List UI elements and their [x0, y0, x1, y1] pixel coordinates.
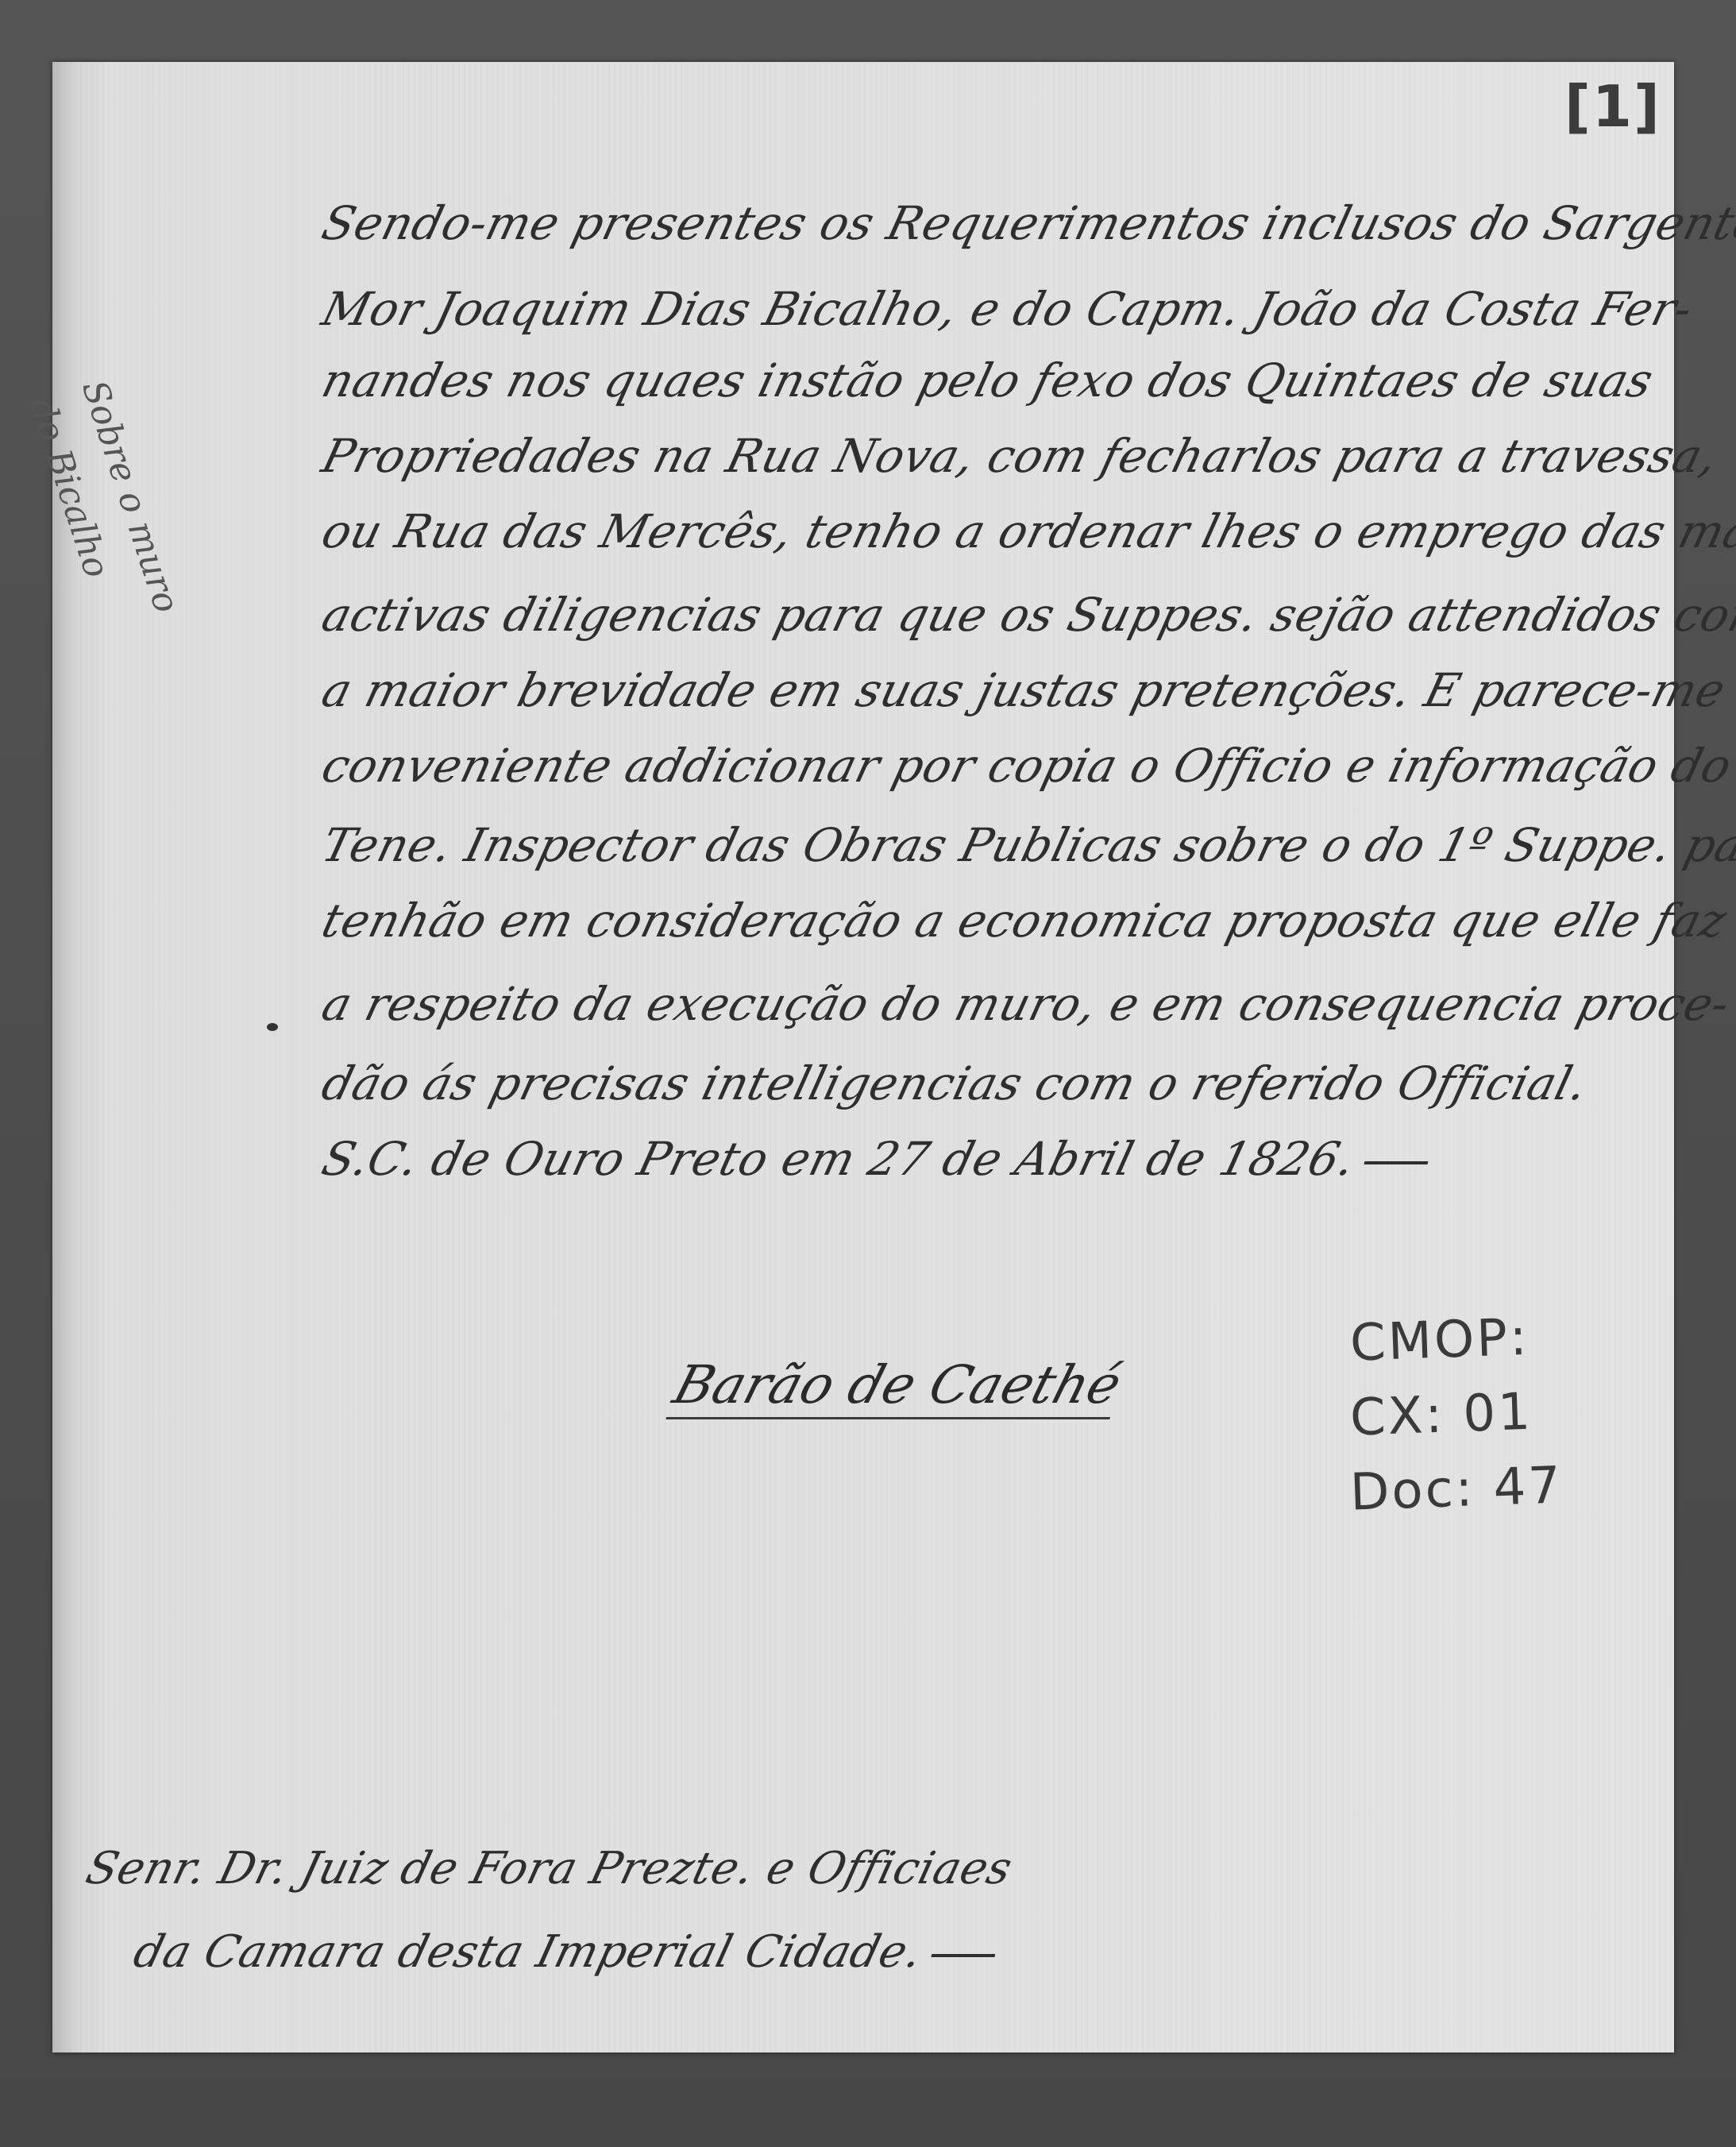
addressee-line-2: da Camara desta Imperial Cidade. [129, 1926, 1002, 1978]
archive-fund: CMOP: [1348, 1299, 1564, 1380]
body-line-7: a maior brevidade em suas justas pretenç… [318, 667, 1730, 713]
body-line-8: conveniente addicionar por copia o Offic… [318, 743, 1736, 789]
body-line-6: activas diligencias para que os Suppes. … [318, 592, 1736, 638]
archive-box: CX: 01 [1348, 1373, 1564, 1455]
date-line: S.C. de Ouro Preto em 27 de Abril de 182… [318, 1136, 1434, 1182]
archive-doc: Doc: 47 [1348, 1448, 1564, 1530]
addressee-line-1: Senr. Dr. Juiz de Fora Prezte. e Officia… [81, 1843, 1017, 1894]
folio-number: [1] [1564, 73, 1661, 140]
body-line-3: nandes nos quaes instão pelo fexo dos Qu… [318, 357, 1657, 404]
body-line-10: tenhão em consideração a economica propo… [318, 898, 1731, 944]
body-line-11: a respeito da execução do muro, e em con… [318, 981, 1734, 1027]
addressee-dash [931, 1954, 995, 1957]
ink-speck [267, 1023, 278, 1031]
body-line-4: Propriedades na Rua Nova, com fecharlos … [318, 433, 1722, 479]
body-line-2: Mor Joaquim Dias Bicalho, e do Capm. Joã… [318, 286, 1697, 332]
body-line-5: ou Rua das Mercês, tenho a ordenar lhes … [318, 508, 1736, 554]
body-line-9: Tene. Inspector das Obras Publicas sobre… [318, 822, 1736, 868]
closing-dash [1364, 1161, 1428, 1164]
body-line-1: Sendo-me presentes os Requerimentos incl… [318, 200, 1736, 246]
archive-reference: CMOP: CX: 01 Doc: 47 [1350, 1303, 1563, 1527]
signature: Barão de Caethé [665, 1354, 1128, 1419]
addressee-line-2-text: da Camara desta Imperial Cidade. [129, 1926, 928, 1978]
body-line-12: dão ás precisas intelligencias com o ref… [318, 1060, 1592, 1106]
date-text: S.C. de Ouro Preto em 27 de Abril de 182… [317, 1132, 1361, 1186]
